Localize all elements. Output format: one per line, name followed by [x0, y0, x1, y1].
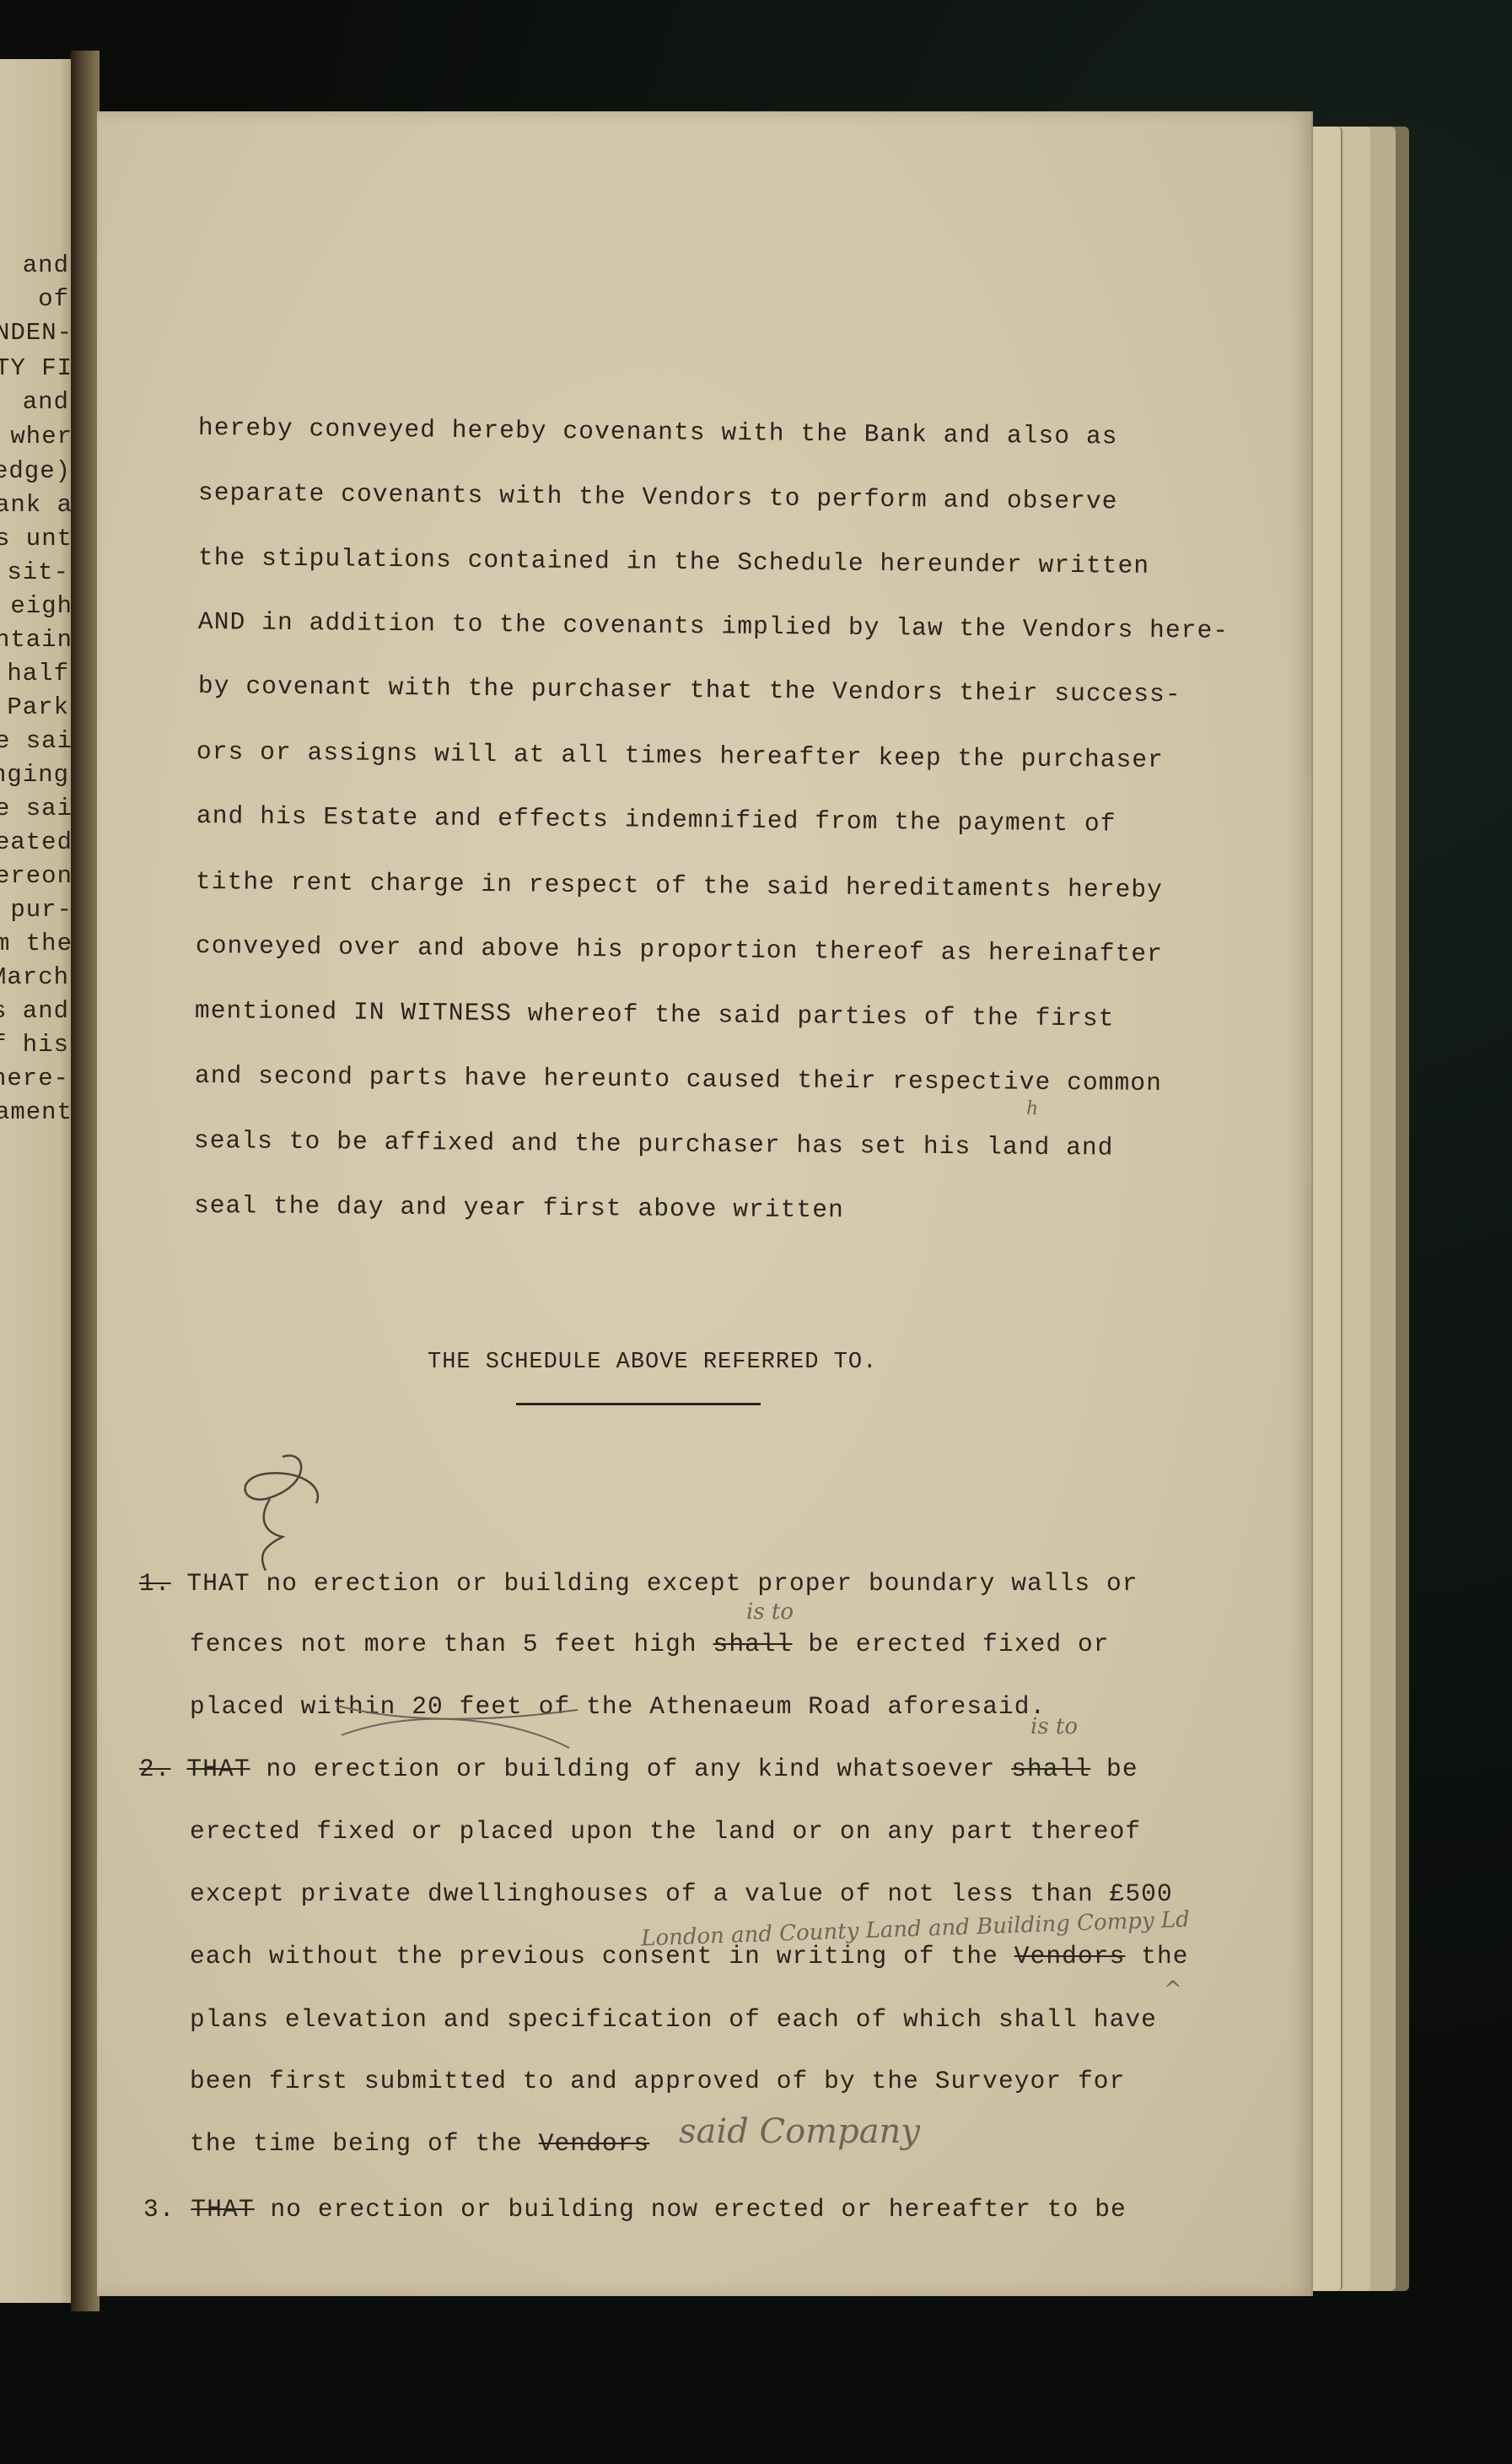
clause-2-line-5: plans elevation and specification of eac…	[190, 2005, 1157, 2034]
clause-number: 2.	[139, 1755, 171, 1783]
body-line: AND in addition to the covenants implied…	[198, 607, 1229, 645]
left-page-fragment: Bank a	[0, 491, 73, 519]
left-page-fragment: HTY FI	[0, 354, 73, 382]
left-page-fragment: ineated	[0, 828, 73, 856]
handwritten-insert: is to	[1030, 1714, 1078, 1739]
clause-2-line-6: been first submitted to and approved of …	[190, 2067, 1125, 2095]
left-page-fragment: t wher	[0, 423, 73, 450]
left-page-fragment: Park	[7, 693, 69, 721]
left-page-fragment: ms and	[0, 997, 69, 1025]
left-page-fragment: nging	[0, 761, 69, 789]
body-line: seal the day and year first above writte…	[194, 1191, 844, 1224]
left-page-fragment: of	[38, 285, 69, 313]
left-page-fragment: INDEN-	[0, 319, 73, 347]
clause-number: 3.	[143, 2195, 175, 2224]
pen-flourish-icon	[232, 1453, 350, 1579]
struck-word: Vendors	[1014, 1942, 1126, 1971]
clause-2-line-2: erected fixed or placed upon the land or…	[190, 1817, 1141, 1846]
pen-cross-mark-icon	[333, 1697, 586, 1756]
clause-1-line-3: placed within 20 feet of the Athenaeum R…	[190, 1692, 1046, 1721]
left-page-fragment: and	[23, 388, 69, 416]
left-page-fragment: lf his	[0, 1031, 69, 1059]
document-page: hereby conveyed hereby covenants with th…	[97, 111, 1313, 2296]
book-gutter	[71, 51, 100, 2311]
handwritten-insert: is to	[746, 1599, 794, 1625]
heading-underline	[516, 1403, 761, 1405]
left-page-fragment: and	[23, 251, 69, 279]
clause-1-line-1: 1. THAT no erection or building except p…	[139, 1569, 1138, 1598]
clause-3-line-1: 3. THAT no erection or building now erec…	[143, 2195, 1127, 2224]
body-line: the stipulations contained in the Schedu…	[198, 543, 1149, 580]
body-line: and second parts have hereunto caused th…	[195, 1061, 1162, 1097]
handwritten-correction: h	[1026, 1098, 1038, 1119]
left-page-fragment: the sai	[0, 727, 73, 755]
body-line: ors or assigns will at all times hereaft…	[196, 737, 1164, 774]
left-page-fragment: itament	[0, 1098, 73, 1126]
body-line: and his Estate and effects indemnified f…	[196, 801, 1117, 838]
struck-word: Vendors	[539, 2129, 650, 2158]
clause-2-line-1: 2. THAT no erection or building of any k…	[139, 1755, 1138, 1783]
handwritten-said-company: said Company	[679, 2112, 920, 2151]
caret-insertion-mark: ^	[1164, 1977, 1182, 2003]
body-line: hereby conveyed hereby covenants with th…	[198, 413, 1118, 450]
body-line: by covenant with the purchaser that the …	[198, 671, 1181, 709]
clause-prefix: THAT	[186, 1755, 250, 1783]
clause-2-line-3: except private dwellinghouses of a value…	[190, 1879, 1173, 1908]
body-line: tithe rent charge in respect of the said…	[196, 867, 1163, 904]
left-page-fragment: contain	[0, 626, 73, 654]
left-page-fragment: he pur-	[0, 896, 73, 924]
left-page-fragment: y eigh	[0, 592, 73, 620]
left-page-fragment: the sai	[0, 795, 73, 822]
left-page-fragment: sit-	[7, 558, 69, 586]
left-page-fragment: thereon	[0, 862, 73, 890]
clause-2-line-4: each without the previous consent in wri…	[190, 1942, 1189, 1971]
left-page-fragment: rom the	[0, 930, 73, 957]
left-page-fragment: here-	[0, 1065, 69, 1092]
struck-word: shall	[1011, 1755, 1090, 1783]
left-page-fragment: March	[0, 963, 69, 991]
left-page: and of INDEN- HTY FI and t wher edge) Ba…	[0, 59, 74, 2303]
body-line: conveyed over and above his proportion t…	[196, 931, 1163, 968]
left-page-fragment: half	[7, 660, 69, 687]
clause-1-line-2: fences not more than 5 feet high shall b…	[190, 1630, 1110, 1658]
left-page-fragment: edge)	[0, 457, 71, 485]
body-line: mentioned IN WITNESS whereof the said pa…	[195, 996, 1115, 1033]
clause-2-line-7: the time being of the Vendors	[190, 2129, 649, 2158]
left-page-fragment: ys unt	[0, 525, 73, 553]
body-line: separate covenants with the Vendors to p…	[198, 478, 1118, 515]
clause-prefix: THAT	[186, 1569, 250, 1598]
body-line: seals to be affixed and the purchaser ha…	[194, 1126, 1114, 1162]
clause-number: 1.	[139, 1569, 171, 1598]
schedule-heading: THE SCHEDULE ABOVE REFERRED TO.	[428, 1350, 877, 1375]
clause-prefix: THAT	[191, 2195, 254, 2224]
struck-word: shall	[713, 1630, 793, 1658]
